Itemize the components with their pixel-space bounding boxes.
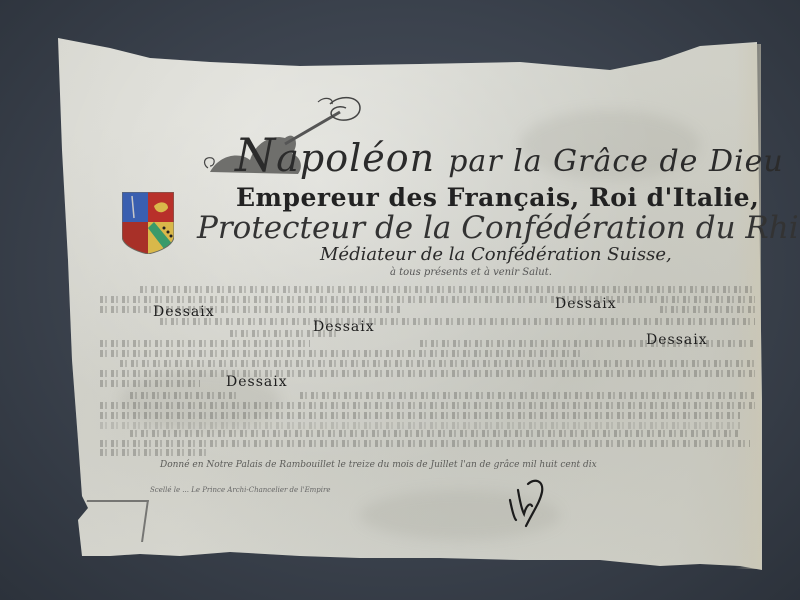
imperial-signature-icon [500, 470, 550, 530]
document-heading-line4: Médiateur de la Confédération Suisse, [320, 244, 672, 265]
document-heading-line1: Napoléon par la Grâce de Dieu [235, 128, 784, 182]
recipient-name: Dessaix [226, 374, 288, 390]
coat-of-arms-icon [122, 192, 174, 254]
seal-registration-note: Scellé le ... Le Prince Archi-Chancelier… [150, 485, 331, 495]
body-text-line [100, 449, 210, 456]
body-text-line [300, 392, 755, 399]
body-text-line [140, 286, 755, 293]
body-text-line [100, 402, 755, 409]
recipient-name: Dessaix [313, 319, 375, 335]
body-text-line [100, 380, 200, 387]
recipient-name: Dessaix [646, 332, 708, 348]
document-heading-line2: Empereur des Français, Roi d'Italie, [236, 183, 759, 212]
body-text-line [100, 440, 750, 447]
body-text-line [100, 370, 755, 377]
heading-emperor-name: apoléon [276, 136, 435, 180]
closing-date-line: Donné en Notre Palais de Rambouillet le … [160, 460, 597, 470]
body-text-line [100, 412, 740, 419]
body-text-line [100, 296, 755, 303]
body-text-line [160, 318, 755, 325]
heading-initial: N [235, 128, 276, 182]
recipient-name: Dessaix [153, 304, 215, 320]
body-text-line [100, 306, 400, 313]
body-text-line [100, 340, 310, 347]
heading-grace-of-god: par la Grâce de Dieu [448, 144, 783, 179]
recipient-name: Dessaix [555, 296, 617, 312]
document-heading-line3: Protecteur de la Confédération du Rhin, [197, 210, 800, 246]
body-text-line [130, 430, 740, 437]
document-heading-line5: à tous présents et à venir Salut. [390, 267, 552, 278]
body-text-line [120, 360, 755, 367]
body-text-line [100, 350, 580, 357]
body-text-line [660, 306, 755, 313]
seal-tear-mark [81, 500, 149, 542]
body-text-line [130, 392, 240, 399]
body-text-line [100, 422, 740, 429]
